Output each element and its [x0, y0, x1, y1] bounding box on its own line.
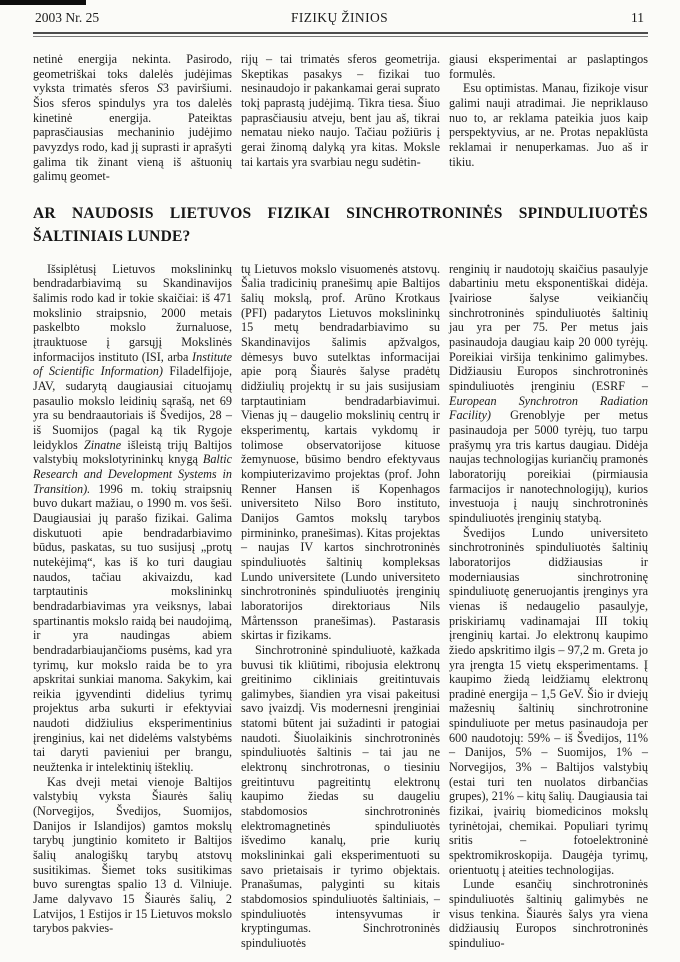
journal-page: 2003 Nr. 25 FIZIKŲ ŽINIOS 11 netinė ener…	[0, 0, 680, 962]
scan-artifact-bar	[0, 0, 86, 5]
intro-section: netinė energija nekinta. Pasirodo, geome…	[33, 52, 648, 184]
paragraph: rijų – tai trimatės sferos geometrija. S…	[241, 52, 440, 169]
paragraph: Lunde esančių sinchrotroninės spinduliuo…	[449, 877, 648, 950]
page-content: 2003 Nr. 25 FIZIKŲ ŽINIOS 11 netinė ener…	[0, 0, 680, 951]
paragraph: Sinchrotroninė spinduliuotė, kažkada buv…	[241, 643, 440, 951]
paragraph: Švedijos Lundo universiteto sinchrotroni…	[449, 526, 648, 878]
header-rule	[33, 32, 648, 37]
issue-label: 2003 Nr. 25	[35, 10, 187, 26]
intro-column-1: netinė energija nekinta. Pasirodo, geome…	[33, 52, 232, 184]
paragraph: Esu optimistas. Manau, fizikoje visur ga…	[449, 81, 648, 169]
article-title: AR NAUDOSIS LIETUVOS FIZIKAI SINCHROTRON…	[33, 203, 648, 249]
intro-column-2: rijų – tai trimatės sferos geometrija. S…	[241, 52, 440, 184]
paragraph: tų Lietuvos mokslo visuomenės atstovų. Š…	[241, 262, 440, 643]
article-column-2: tų Lietuvos mokslo visuomenės atstovų. Š…	[241, 262, 440, 951]
paragraph: Išsiplėtusį Lietuvos mokslininkų bendrad…	[33, 262, 232, 775]
paragraph: Kas dveji metai vienoje Baltijos valstyb…	[33, 775, 232, 936]
paragraph: netinė energija nekinta. Pasirodo, geome…	[33, 52, 232, 184]
intro-column-3: giausi eksperimentai ar paslaptingos for…	[449, 52, 648, 184]
article-body: Išsiplėtusį Lietuvos mokslininkų bendrad…	[33, 262, 648, 951]
page-number: 11	[492, 10, 646, 26]
page-header: 2003 Nr. 25 FIZIKŲ ŽINIOS 11	[33, 7, 648, 30]
paragraph: renginių ir naudotojų skaičius pasaulyje…	[449, 262, 648, 526]
paragraph: giausi eksperimentai ar paslaptingos for…	[449, 52, 648, 81]
article-column-3: renginių ir naudotojų skaičius pasaulyje…	[449, 262, 648, 951]
journal-title: FIZIKŲ ŽINIOS	[187, 10, 492, 26]
article-column-1: Išsiplėtusį Lietuvos mokslininkų bendrad…	[33, 262, 232, 951]
